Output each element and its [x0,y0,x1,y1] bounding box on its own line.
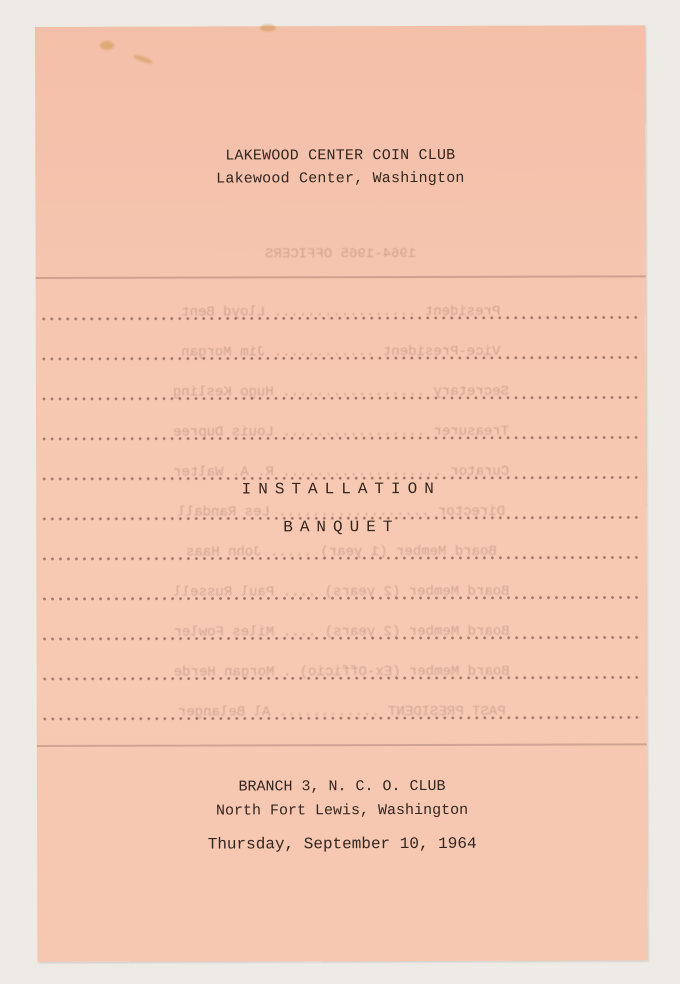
bleed-through-rule [37,743,647,747]
dot-leader [40,315,642,321]
bleed-through-line: Board Member (Ex-Officio) . Morgan Herde [37,663,647,685]
dot-leader [40,395,642,401]
venue-name: BRANCH 3, N. C. O. CLUB [37,777,647,796]
paper-stain [100,41,114,50]
program-card: 1964-1965 OFFICERS President ...........… [35,25,647,962]
dot-leader [40,595,642,601]
dot-leader [40,555,642,561]
bleed-through-line: Treasurer ................. Louis Dupree [36,423,646,445]
bleed-through-line: Board Member (2 years) .... Paul Russell [36,583,646,605]
bleed-through-text: 1964-1965 OFFICERS [36,245,646,263]
bleed-through-line: Vice-President ............ Jim Morgan [36,343,646,365]
paper-stain [260,24,276,31]
event-title-line-1: INSTALLATION [36,479,646,499]
dot-leader [41,715,643,721]
event-date: Thursday, September 10, 1964 [37,834,647,854]
dot-leader [40,435,642,441]
bleed-through-line: Secretary ................. Hugo Kesling [36,383,646,405]
dot-leader [41,675,643,681]
club-location: Lakewood Center, Washington [35,169,645,188]
bleed-through-rule [36,275,646,279]
paper-stain [133,53,154,64]
club-name: LAKEWOOD CENTER COIN CLUB [35,146,645,165]
venue-location: North Fort Lewis, Washington [37,801,647,820]
dot-leader [40,355,642,361]
bleed-through-line: 1964-1965 OFFICERS [36,245,646,267]
dot-leader [41,635,643,641]
bleed-through-line: PAST PRESIDENT ............ Al Belanger [37,703,647,725]
event-title-line-2: BANQUET [36,517,646,537]
bleed-through-line: Board Member (2 years) .... Miles Fowler [37,623,647,645]
bleed-through-line: Board Member (1 year) ..... John Haas [36,543,646,565]
bleed-through-line: President ................. Lloyd Bent [36,303,646,325]
